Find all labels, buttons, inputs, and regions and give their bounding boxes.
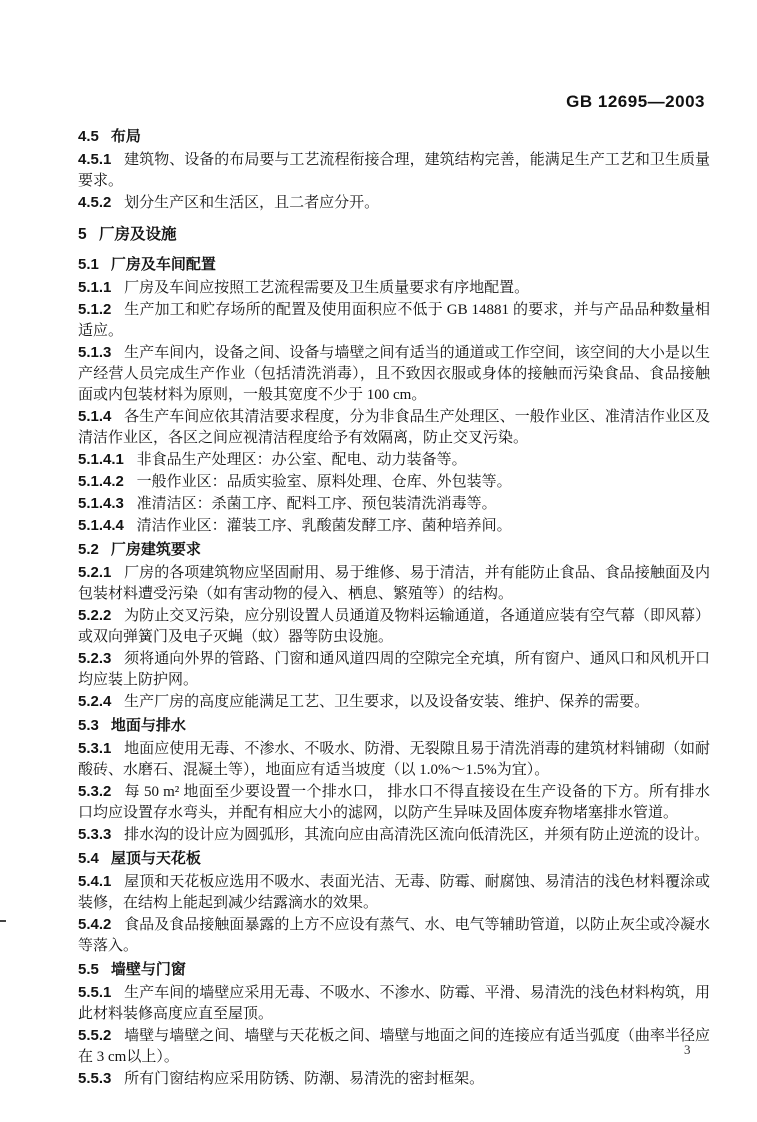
heading-4-5: 4.5布局: [78, 126, 710, 147]
clause-number: 5.1.4.1: [78, 451, 124, 468]
heading-title: 布局: [111, 128, 141, 145]
clause-5-1-4-1: 5.1.4.1非食品生产处理区：办公室、配电、动力装备等。: [78, 449, 710, 471]
heading-number: 5.4: [78, 850, 99, 867]
heading-5-1: 5.1厂房及车间配置: [78, 254, 710, 275]
heading-number: 5.1: [78, 256, 99, 273]
heading-number: 5.2: [78, 541, 99, 558]
clause-number: 5.5.3: [78, 1070, 111, 1087]
clause-number: 4.5.2: [78, 194, 111, 211]
heading-5-5: 5.5墙壁与门窗: [78, 959, 710, 980]
clause-number: 5.1.4.3: [78, 495, 124, 512]
clause-text: 一般作业区：品质实验室、原料处理、仓库、外包装等。: [137, 474, 512, 490]
clause-5-3-1: 5.3.1地面应使用无毒、不渗水、不吸水、防滑、无裂隙且易于清洗消毒的建筑材料铺…: [78, 738, 710, 781]
clause-5-4-2: 5.4.2食品及食品接触面暴露的上方不应设有蒸气、水、电气等辅助管道，以防止灰尘…: [78, 914, 710, 957]
scan-artifact-mark: [0, 920, 6, 922]
clause-number: 5.4.1: [78, 873, 111, 890]
clause-text: 屋顶和天花板应选用不吸水、表面光洁、无毒、防霉、耐腐蚀、易清洁的浅色材料覆涂或装…: [78, 874, 710, 911]
clause-4-5-2: 4.5.2划分生产区和生活区，且二者应分开。: [78, 192, 710, 214]
clause-number: 5.1.4.4: [78, 517, 124, 534]
clause-number: 5.1.4.2: [78, 473, 124, 490]
clause-text: 生产车间内，设备之间、设备与墙壁之间有适当的通道或工作空间，该空间的大小是以生产…: [78, 345, 710, 403]
clause-5-1-4-4: 5.1.4.4清洁作业区：灌装工序、乳酸菌发酵工序、菌种培养间。: [78, 515, 710, 537]
clause-text: 为防止交叉污染，应分别设置人员通道及物料运输通道，各通道应装有空气幕（即风幕）或…: [78, 608, 710, 645]
clause-number: 5.3.2: [78, 783, 111, 800]
clause-text: 厂房及车间应按照工艺流程需要及卫生质量要求有序地配置。: [124, 280, 529, 296]
clause-5-2-1: 5.2.1厂房的各项建筑物应坚固耐用、易于维修、易于清洁，并有能防止食品、食品接…: [78, 562, 710, 605]
clause-text: 生产车间的墙壁应采用无毒、不吸水、不渗水、防霉、平滑、易清洗的浅色材料构筑，用此…: [78, 985, 710, 1022]
heading-5-2: 5.2厂房建筑要求: [78, 539, 710, 560]
clause-text: 每 50 m² 地面至少要设置一个排水口， 排水口不得直接设在生产设备的下方。所…: [78, 784, 710, 821]
heading-number: 5.3: [78, 717, 99, 734]
heading-title: 墙壁与门窗: [111, 961, 186, 978]
clause-text: 排水沟的设计应为圆弧形，其流向应由高清洗区流向低清洗区，并须有防止逆流的设计。: [124, 827, 709, 843]
clause-5-3-2: 5.3.2每 50 m² 地面至少要设置一个排水口， 排水口不得直接设在生产设备…: [78, 781, 710, 824]
clause-number: 5.2.4: [78, 693, 111, 710]
document-body: 4.5布局 4.5.1建筑物、设备的布局要与工艺流程衔接合理，建筑结构完善，能满…: [78, 124, 710, 1090]
heading-number: 4.5: [78, 128, 99, 145]
clause-5-5-1: 5.5.1生产车间的墙壁应采用无毒、不吸水、不渗水、防霉、平滑、易清洗的浅色材料…: [78, 982, 710, 1025]
heading-5: 5厂房及设施: [78, 224, 710, 245]
heading-title: 屋顶与天花板: [111, 850, 201, 867]
heading-title: 厂房建筑要求: [111, 541, 201, 558]
page-number: 3: [684, 1042, 691, 1058]
clause-4-5-1: 4.5.1建筑物、设备的布局要与工艺流程衔接合理，建筑结构完善，能满足生产工艺和…: [78, 149, 710, 192]
clause-text: 所有门窗结构应采用防锈、防潮、易清洗的密封框架。: [124, 1071, 484, 1087]
heading-title: 地面与排水: [111, 717, 186, 734]
clause-number: 5.1.1: [78, 279, 111, 296]
clause-text: 非食品生产处理区：办公室、配电、动力装备等。: [137, 452, 467, 468]
clause-number: 5.5.2: [78, 1027, 111, 1044]
clause-5-3-3: 5.3.3排水沟的设计应为圆弧形，其流向应由高清洗区流向低清洗区，并须有防止逆流…: [78, 824, 710, 846]
heading-title: 厂房及车间配置: [111, 256, 216, 273]
clause-number: 5.2.3: [78, 650, 111, 667]
clause-5-1-2: 5.1.2生产加工和贮存场所的配置及使用面积应不低于 GB 14881 的要求，…: [78, 299, 710, 342]
clause-number: 5.1.4: [78, 408, 111, 425]
clause-5-1-1: 5.1.1厂房及车间应按照工艺流程需要及卫生质量要求有序地配置。: [78, 277, 710, 299]
clause-number: 4.5.1: [78, 151, 111, 168]
clause-text: 厂房的各项建筑物应坚固耐用、易于维修、易于清洁，并有能防止食品、食品接触面及内包…: [78, 565, 710, 602]
clause-number: 5.5.1: [78, 984, 111, 1001]
clause-number: 5.3.1: [78, 740, 111, 757]
heading-title: 厂房及设施: [99, 226, 177, 243]
heading-5-4: 5.4屋顶与天花板: [78, 848, 710, 869]
clause-number: 5.2.1: [78, 564, 111, 581]
clause-5-1-3: 5.1.3生产车间内，设备之间、设备与墙壁之间有适当的通道或工作空间，该空间的大…: [78, 342, 710, 406]
clause-number: 5.1.3: [78, 344, 111, 361]
clause-text: 地面应使用无毒、不渗水、不吸水、防滑、无裂隙且易于清洗消毒的建筑材料铺砌（如耐酸…: [78, 741, 710, 778]
clause-5-1-4: 5.1.4各生产车间应依其清洁要求程度，分为非食品生产处理区、一般作业区、准清洁…: [78, 406, 710, 449]
clause-5-1-4-3: 5.1.4.3准清洁区：杀菌工序、配料工序、预包装清洗消毒等。: [78, 493, 710, 515]
clause-text: 准清洁区：杀菌工序、配料工序、预包装清洗消毒等。: [137, 496, 497, 512]
clause-text: 食品及食品接触面暴露的上方不应设有蒸气、水、电气等辅助管道，以防止灰尘或冷凝水等…: [78, 917, 710, 954]
clause-text: 划分生产区和生活区，且二者应分开。: [124, 195, 379, 211]
clause-5-2-3: 5.2.3须将通向外界的管路、门窗和通风道四周的空隙完全充填，所有窗户、通风口和…: [78, 648, 710, 691]
clause-number: 5.2.2: [78, 607, 111, 624]
clause-text: 建筑物、设备的布局要与工艺流程衔接合理，建筑结构完善，能满足生产工艺和卫生质量要…: [78, 152, 710, 189]
clause-number: 5.1.2: [78, 301, 111, 318]
clause-5-5-2: 5.5.2墙壁与墙壁之间、墙壁与天花板之间、墙壁与地面之间的连接应有适当弧度（曲…: [78, 1025, 710, 1068]
standard-code-header: GB 12695—2003: [566, 92, 705, 112]
clause-5-2-4: 5.2.4生产厂房的高度应能满足工艺、卫生要求，以及设备安装、维护、保养的需要。: [78, 691, 710, 713]
heading-number: 5.5: [78, 961, 99, 978]
clause-5-2-2: 5.2.2为防止交叉污染，应分别设置人员通道及物料运输通道，各通道应装有空气幕（…: [78, 605, 710, 648]
clause-5-1-4-2: 5.1.4.2一般作业区：品质实验室、原料处理、仓库、外包装等。: [78, 471, 710, 493]
clause-text: 生产厂房的高度应能满足工艺、卫生要求，以及设备安装、维护、保养的需要。: [124, 694, 649, 710]
clause-text: 生产加工和贮存场所的配置及使用面积应不低于 GB 14881 的要求，并与产品品…: [78, 302, 710, 339]
clause-5-5-3: 5.5.3所有门窗结构应采用防锈、防潮、易清洗的密封框架。: [78, 1068, 710, 1090]
clause-number: 5.4.2: [78, 916, 111, 933]
clause-text: 清洁作业区：灌装工序、乳酸菌发酵工序、菌种培养间。: [137, 518, 512, 534]
heading-5-3: 5.3地面与排水: [78, 715, 710, 736]
clause-text: 墙壁与墙壁之间、墙壁与天花板之间、墙壁与地面之间的连接应有适当弧度（曲率半径应在…: [78, 1028, 710, 1065]
clause-text: 须将通向外界的管路、门窗和通风道四周的空隙完全充填，所有窗户、通风口和风机开口均…: [78, 651, 710, 688]
clause-5-4-1: 5.4.1屋顶和天花板应选用不吸水、表面光洁、无毒、防霉、耐腐蚀、易清洁的浅色材…: [78, 871, 710, 914]
clause-text: 各生产车间应依其清洁要求程度，分为非食品生产处理区、一般作业区、准清洁作业区及清…: [78, 409, 710, 446]
heading-number: 5: [78, 226, 87, 243]
clause-number: 5.3.3: [78, 826, 111, 843]
